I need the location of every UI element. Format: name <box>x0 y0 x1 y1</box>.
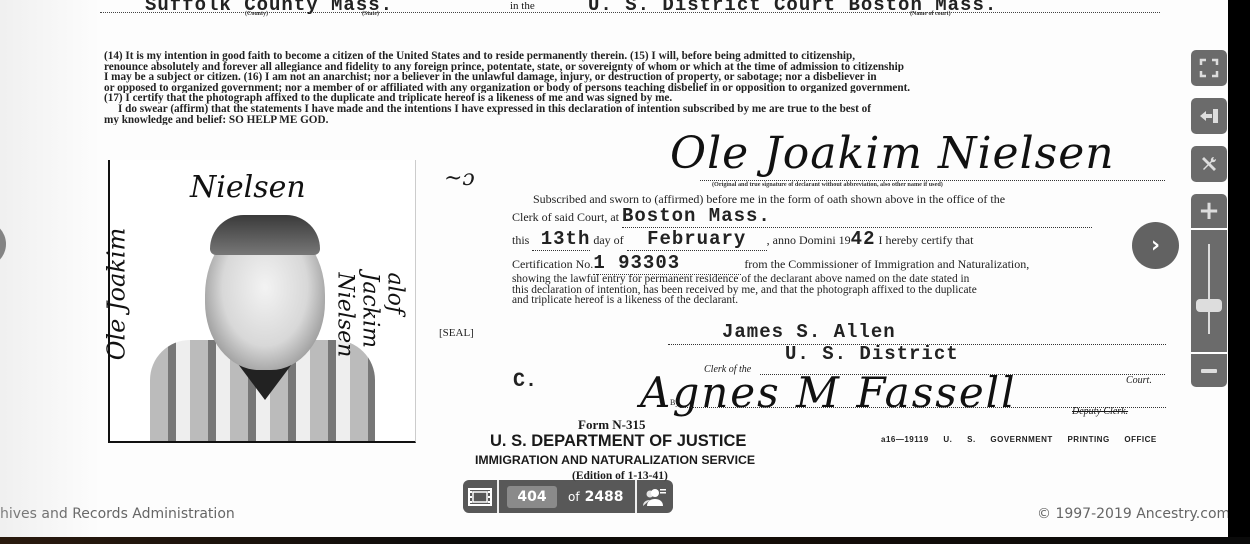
declarant-photo: Nielsen Ole Joakim alof Jackim Nielsen <box>108 160 416 443</box>
certification-number: 1 93303 <box>593 252 741 275</box>
image-pager: 404 of 2488 <box>463 480 673 513</box>
cert-line: showing the lawful entry for permanent r… <box>512 274 1168 285</box>
photo-signature-left: Ole Joakim <box>102 228 130 361</box>
zoom-slider-handle[interactable] <box>1196 299 1222 312</box>
page-number-input[interactable]: 404 <box>507 486 557 508</box>
certify-label: I hereby certify that <box>878 233 973 247</box>
declarant-signature: Ole Joakim Nielsen <box>670 128 1115 179</box>
previous-image-button[interactable] <box>0 221 6 267</box>
printing-office: a16—19119 U. S. GOVERNMENT PRINTING OFFI… <box>881 435 1157 444</box>
court-name-label: (Name of court) <box>910 11 951 17</box>
chevron-right-icon: › <box>1151 233 1160 258</box>
certification-label: Certification No. <box>512 257 593 271</box>
day-of-label: day of <box>593 233 623 247</box>
department-title: U. S. DEPARTMENT OF JUSTICE <box>490 432 746 451</box>
bottom-strip <box>0 537 1250 544</box>
photo-hair <box>210 215 320 255</box>
document-image[interactable]: Suffolk County Mass. in the U. S. Distri… <box>0 0 1232 537</box>
plus-icon: + <box>1198 196 1220 226</box>
collapse-panel-button[interactable] <box>1191 98 1227 134</box>
certification-row: Certification No.1 93303 from the Commis… <box>512 252 1029 275</box>
clerk-at-value: Boston Mass. <box>622 205 1092 228</box>
filmstrip-icon <box>468 488 492 506</box>
paragraph-line: my knowledge and belief: SO HELP ME GOD. <box>104 115 1168 126</box>
form-number: Form N-315 <box>578 417 646 433</box>
court-name: U. S. District <box>785 343 959 365</box>
year-value: 42 <box>851 228 876 250</box>
tools-icon <box>1199 154 1219 174</box>
by-label: By <box>670 398 679 407</box>
photo-signature-right: alof Jackim Nielsen <box>333 273 408 363</box>
court-label: Court. <box>1126 375 1152 386</box>
collapse-panel-icon <box>1198 107 1220 125</box>
deputy-clerk-label: Deputy Clerk. <box>1072 406 1128 417</box>
zoom-slider-track[interactable] <box>1208 244 1210 334</box>
c-letter: C. <box>513 370 537 393</box>
photo-signature-top: Nielsen <box>190 170 306 205</box>
fullscreen-icon <box>1199 58 1219 78</box>
this-label: this <box>512 233 529 247</box>
people-list-icon <box>643 487 667 507</box>
certification-paragraph: showing the lawful entry for permanent r… <box>512 274 1168 306</box>
minus-icon <box>1201 369 1217 373</box>
fullscreen-button[interactable] <box>1191 50 1227 86</box>
paragraph-line: (14) It is my intention in good faith to… <box>104 51 1168 62</box>
printing-code: a16—19119 <box>881 435 929 444</box>
court-line: Suffolk County Mass. in the U. S. Distri… <box>100 0 1160 20</box>
deputy-signature: Agnes M Fassell <box>640 368 1017 417</box>
date-row: this 13th day of February, anno Domini 1… <box>512 228 973 251</box>
zoom-out-button[interactable] <box>1191 352 1227 387</box>
zoom-control: + <box>1191 194 1227 387</box>
clerk-at-label: Clerk of said Court, at <box>512 210 619 224</box>
copyright: © 1997-2019 Ancestry.com <box>1037 506 1230 522</box>
image-viewer: Suffolk County Mass. in the U. S. Distri… <box>0 0 1250 544</box>
paragraph-line: I may be a subject or citizen. (16) I am… <box>104 72 1168 83</box>
service-title: IMMIGRATION AND NATURALIZATION SERVICE <box>475 453 755 467</box>
signature-caption: (Original and true signature of declaran… <box>712 181 943 188</box>
county-label: (County) <box>245 11 268 17</box>
day-value: 13th <box>532 228 590 251</box>
anno-label: , anno Domini 19 <box>767 233 851 247</box>
clerk-location-row: Clerk of said Court, at Boston Mass. <box>512 205 1092 228</box>
paragraph-line: renounce absolutely and forever all alle… <box>104 62 1168 73</box>
source-credit: hives and Records Administration <box>0 506 235 522</box>
paragraph-line: I do swear (affirm) that the statements … <box>104 104 1168 115</box>
cert-line: and triplicate hereof is a likeness of t… <box>512 295 1168 306</box>
paragraph-line: or opposed to organized government; nor … <box>104 83 1168 94</box>
index-panel-button[interactable] <box>635 480 673 513</box>
zoom-in-button[interactable]: + <box>1191 194 1227 230</box>
seal-label: [SEAL] <box>439 327 474 339</box>
declaration-paragraph: (14) It is my intention in good faith to… <box>104 51 1168 125</box>
filmstrip-button[interactable] <box>463 480 499 513</box>
month-value: February <box>627 228 767 251</box>
of-label: of <box>568 490 580 504</box>
clerk-name: James S. Allen <box>722 321 896 343</box>
paragraph-line: (17) I certify that the photograph affix… <box>104 93 1168 104</box>
in-the-label: in the <box>510 0 535 12</box>
pen-mark: ~ɔ <box>444 166 475 191</box>
county-value: Suffolk County Mass. <box>145 0 393 16</box>
next-image-button[interactable]: › <box>1132 222 1179 269</box>
certification-suffix: from the Commissioner of Immigration and… <box>744 257 1029 271</box>
tools-button[interactable] <box>1191 146 1227 182</box>
printing-office-name: U. S. GOVERNMENT PRINTING OFFICE <box>943 435 1156 444</box>
state-label: (State) <box>362 11 379 17</box>
total-pages: 2488 <box>585 489 624 505</box>
viewer-edge <box>1228 0 1250 537</box>
